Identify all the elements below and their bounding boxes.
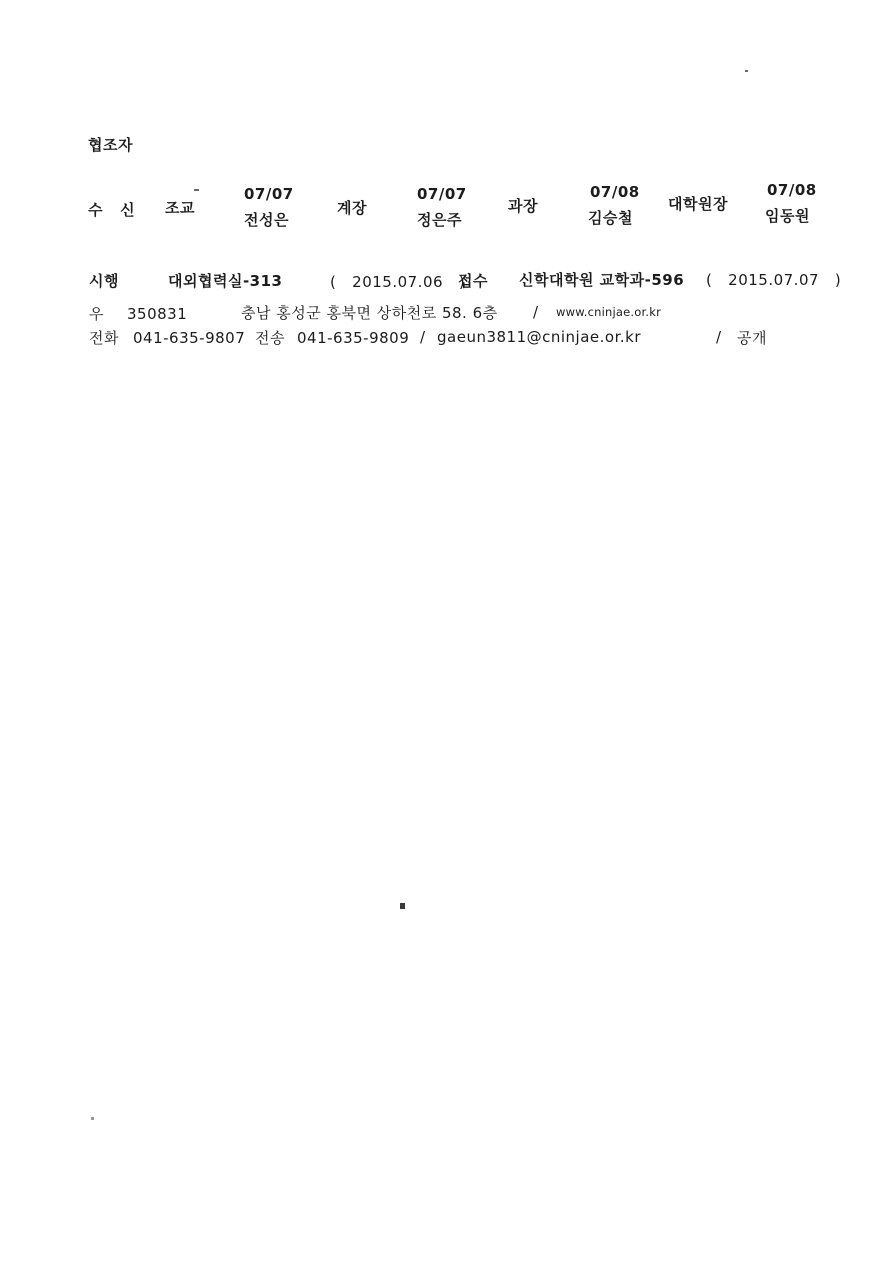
scan-speck xyxy=(400,903,405,909)
approver-date-2: 07/08 xyxy=(590,183,640,201)
approver-date-3: 07/08 xyxy=(767,181,817,199)
postal-code: 350831 xyxy=(127,305,187,323)
approver-role-3: 대학원장 xyxy=(668,195,728,213)
receipt-label: 접수 xyxy=(458,272,488,290)
fax-number: 041-635-9809 xyxy=(297,329,409,347)
postal-label: 우 xyxy=(89,305,104,323)
scan-speck xyxy=(745,70,748,72)
receipt-date: ( 2015.07.07 ) xyxy=(706,271,841,289)
address-separator-icon: / xyxy=(533,303,539,321)
disclosure-status: 공개 xyxy=(737,329,767,347)
recipient-label: 수 신 xyxy=(88,201,135,219)
approver-name-2: 김승철 xyxy=(588,209,633,227)
contact-separator-icon-1: / xyxy=(420,328,426,346)
phone-label: 전화 xyxy=(89,329,119,347)
approver-role-1: 계장 xyxy=(337,199,367,217)
approver-name-1: 정은주 xyxy=(417,211,462,229)
address-text: 충남 홍성군 홍북면 상하천로 58. 6층 xyxy=(241,304,498,322)
dispatch-date: ( 2015.07.06 ) xyxy=(330,273,465,291)
scanned-document-page: 협조자 수 신 조교 07/07 전성은 계장 07/07 정은주 과장 07/… xyxy=(0,0,893,1264)
approver-name-0: 전성은 xyxy=(244,211,289,229)
website-url: www.cninjae.or.kr xyxy=(556,306,661,320)
approver-date-1: 07/07 xyxy=(417,185,467,203)
approver-name-3: 임동원 xyxy=(765,207,810,225)
scan-speck xyxy=(194,189,199,191)
dispatch-doc-number: 대외협력실-313 xyxy=(168,272,283,290)
phone-number: 041-635-9807 xyxy=(133,329,245,347)
email-address: gaeun3811@cninjae.or.kr xyxy=(437,328,641,346)
fax-label: 전송 xyxy=(255,329,285,347)
approver-date-0: 07/07 xyxy=(244,185,294,203)
cooperator-label: 협조자 xyxy=(88,136,133,154)
approver-role-2: 과장 xyxy=(508,197,538,215)
approver-role-0: 조교 xyxy=(165,199,195,217)
dispatch-label: 시행 xyxy=(89,272,119,290)
receipt-doc-number: 신학대학원 교학과-596 xyxy=(519,271,684,289)
scan-speck xyxy=(91,1117,94,1120)
contact-separator-icon-2: / xyxy=(716,328,722,346)
